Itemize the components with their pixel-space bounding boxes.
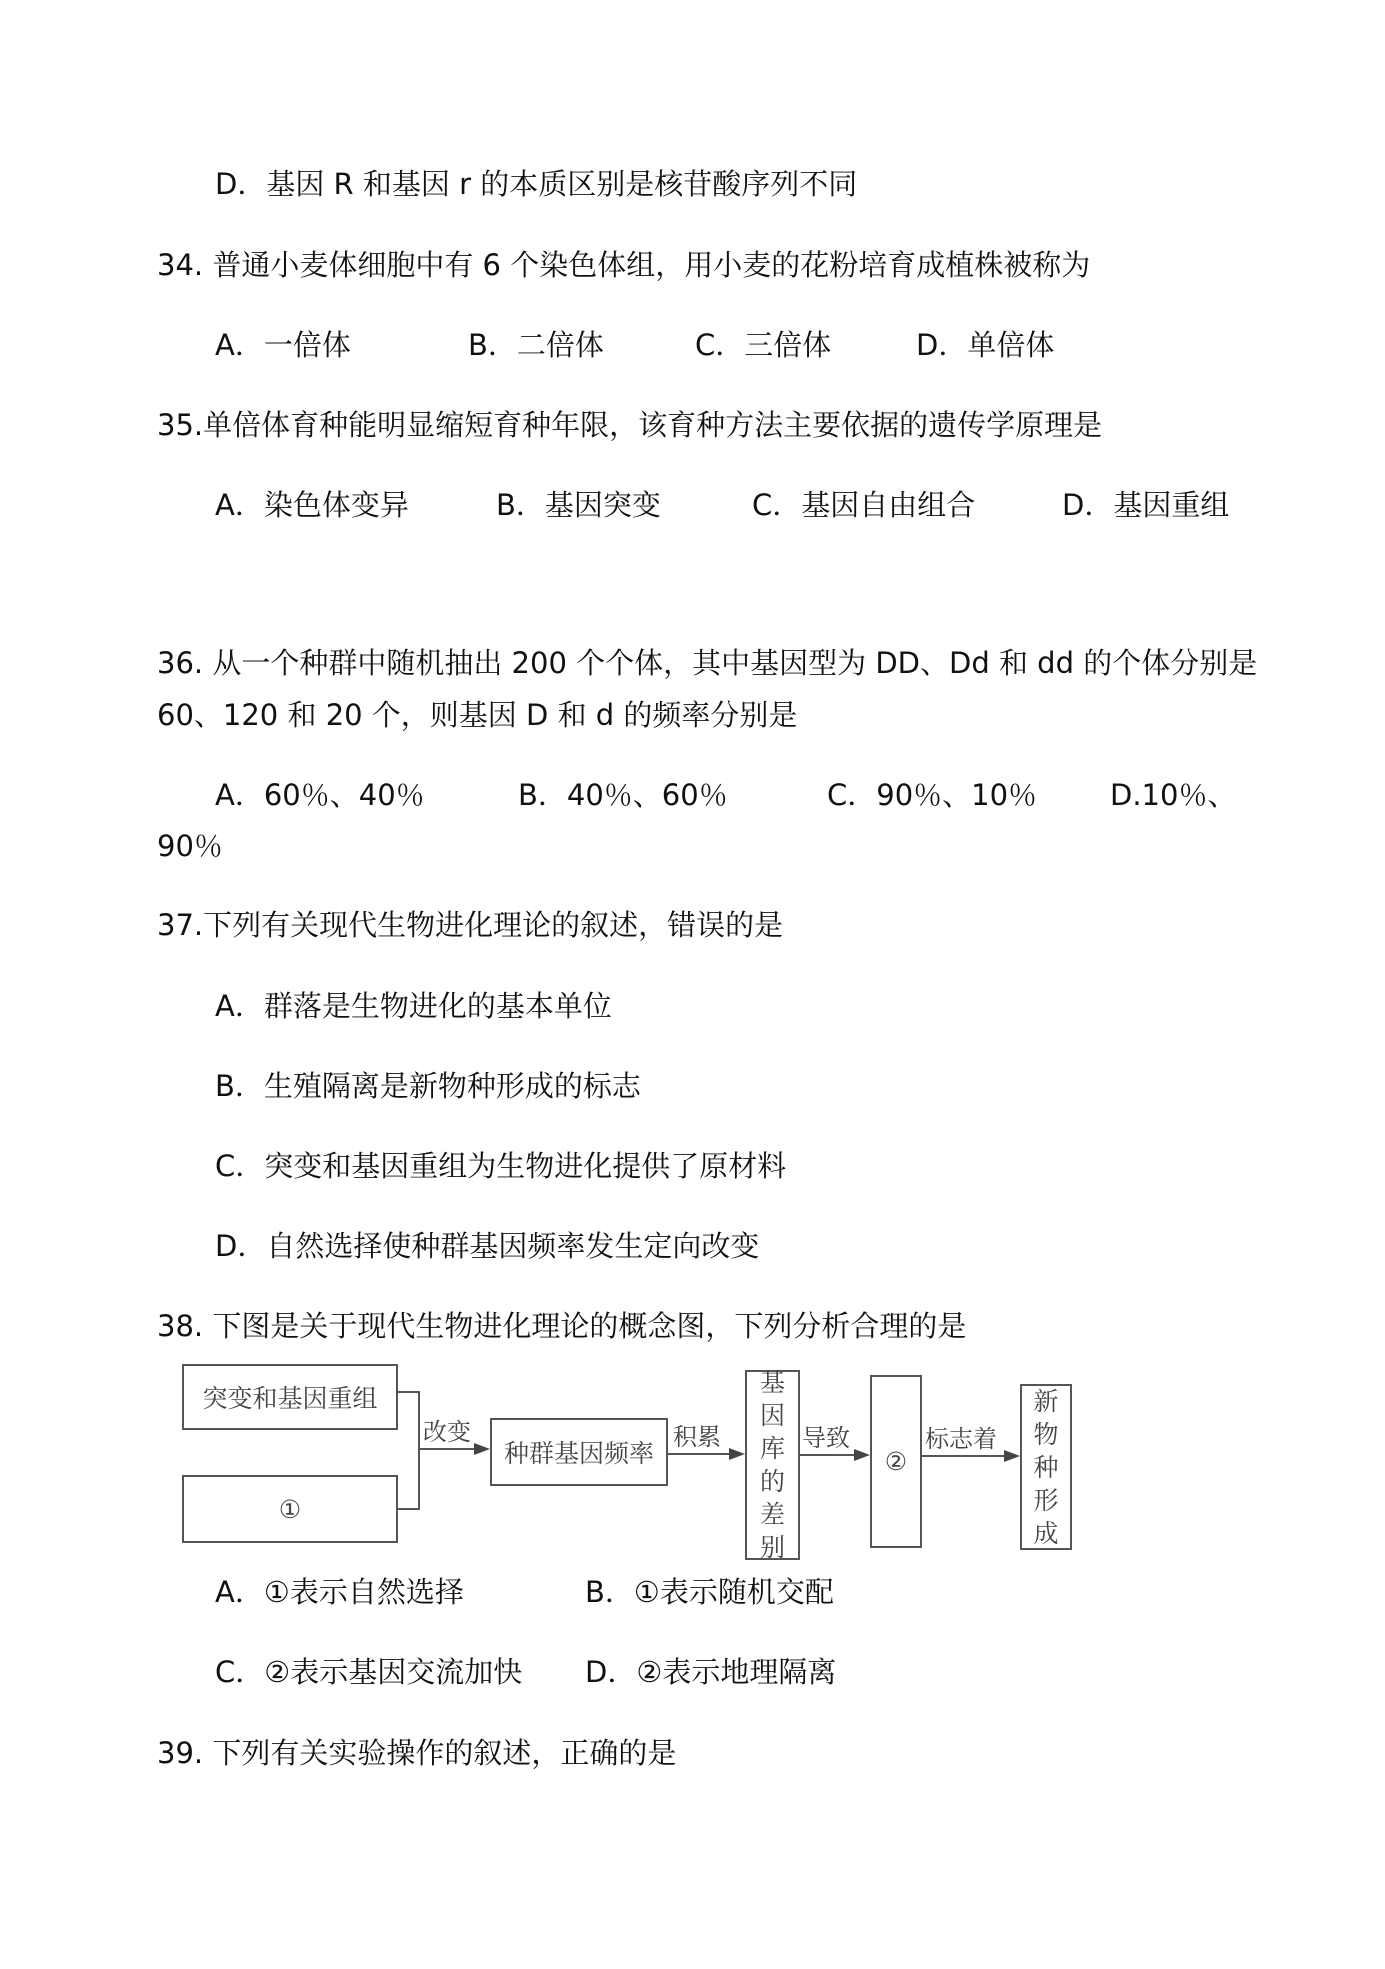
box-new-species-formation: 新 物 种 形 成 xyxy=(1020,1384,1072,1550)
arrowhead-icon xyxy=(474,1443,490,1455)
arrow-line xyxy=(668,1453,729,1455)
q36-option-d-wrap: 90％ xyxy=(157,826,223,866)
char: 物 xyxy=(1033,1418,1058,1451)
q35-option-d: D．基因重组 xyxy=(1062,485,1229,525)
q35-option-b: B．基因突变 xyxy=(496,485,661,525)
q34-option-d: D．单倍体 xyxy=(916,325,1054,365)
q36-stem-line2: 60、120 和 20 个，则基因 D 和 d 的频率分别是 xyxy=(157,695,797,735)
char: 别 xyxy=(760,1531,785,1564)
char: 新 xyxy=(1033,1385,1058,1418)
char: 因 xyxy=(760,1399,785,1432)
box-gene-frequency-label: 种群基因频率 xyxy=(504,1434,654,1470)
box-mutation-label: 突变和基因重组 xyxy=(202,1379,377,1415)
arrowhead-icon xyxy=(1004,1450,1020,1462)
box-2-label: ② xyxy=(885,1447,907,1476)
char: 差 xyxy=(760,1498,785,1531)
label-marks: 标志着 xyxy=(925,1419,997,1454)
q36-option-b: B．40％、60％ xyxy=(518,775,728,815)
arrow-line xyxy=(922,1455,1004,1457)
q37-stem: 37.下列有关现代生物进化理论的叙述，错误的是 xyxy=(157,905,783,945)
q38-option-d: D．②表示地理隔离 xyxy=(585,1652,836,1692)
box-mutation-recombination: 突变和基因重组 xyxy=(182,1364,398,1430)
q36-stem-line1: 36. 从一个种群中随机抽出 200 个个体，其中基因型为 DD、Dd 和 dd… xyxy=(157,643,1257,683)
q36-option-a: A．60％、40％ xyxy=(215,775,425,815)
connector-line xyxy=(398,1391,420,1393)
q33-option-d: D．基因 R 和基因 r 的本质区别是核苷酸序列不同 xyxy=(215,164,857,204)
q36-option-d: D.10％、 xyxy=(1110,775,1236,815)
q38-stem: 38. 下图是关于现代生物进化理论的概念图，下列分析合理的是 xyxy=(157,1306,966,1346)
q34-stem: 34. 普通小麦体细胞中有 6 个染色体组，用小麦的花粉培育成植株被称为 xyxy=(157,245,1090,285)
label-accumulate: 积累 xyxy=(673,1417,721,1452)
arrowhead-icon xyxy=(854,1449,870,1461)
box-1-label: ① xyxy=(279,1495,301,1524)
label-change: 改变 xyxy=(423,1412,471,1447)
q39-stem: 39. 下列有关实验操作的叙述，正确的是 xyxy=(157,1733,676,1773)
box-1: ① xyxy=(182,1475,398,1543)
q35-option-a: A．染色体变异 xyxy=(215,485,409,525)
label-lead-to: 导致 xyxy=(802,1418,850,1453)
box-2: ② xyxy=(870,1375,922,1548)
arrow-line xyxy=(418,1448,474,1450)
char: 基 xyxy=(760,1366,785,1399)
q38-option-a: A．①表示自然选择 xyxy=(215,1572,464,1612)
q38-option-c: C．②表示基因交流加快 xyxy=(215,1652,522,1692)
q34-option-b: B．二倍体 xyxy=(468,325,604,365)
q37-option-a: A．群落是生物进化的基本单位 xyxy=(215,986,612,1026)
char: 种 xyxy=(1033,1451,1058,1484)
q38-option-b: B．①表示随机交配 xyxy=(585,1572,834,1612)
q37-option-d: D．自然选择使种群基因频率发生定向改变 xyxy=(215,1226,759,1266)
q34-option-c: C．三倍体 xyxy=(695,325,831,365)
q35-stem: 35.单倍体育种能明显缩短育种年限，该育种方法主要依据的遗传学原理是 xyxy=(157,405,1102,445)
char: 的 xyxy=(760,1465,785,1498)
arrow-line xyxy=(800,1454,854,1456)
connector-line xyxy=(418,1391,420,1510)
q36-option-c: C．90％、10％ xyxy=(827,775,1037,815)
box-gene-frequency: 种群基因频率 xyxy=(490,1418,668,1486)
q37-option-b: B．生殖隔离是新物种形成的标志 xyxy=(215,1066,641,1106)
char: 库 xyxy=(760,1432,785,1465)
box-gene-pool-difference: 基 因 库 的 差 别 xyxy=(745,1370,800,1560)
char: 形 xyxy=(1033,1484,1058,1517)
q34-option-a: A．一倍体 xyxy=(215,325,351,365)
q37-option-c: C．突变和基因重组为生物进化提供了原材料 xyxy=(215,1146,786,1186)
arrowhead-icon xyxy=(729,1448,745,1460)
char: 成 xyxy=(1033,1517,1058,1550)
connector-line xyxy=(398,1508,420,1510)
q35-option-c: C．基因自由组合 xyxy=(752,485,975,525)
